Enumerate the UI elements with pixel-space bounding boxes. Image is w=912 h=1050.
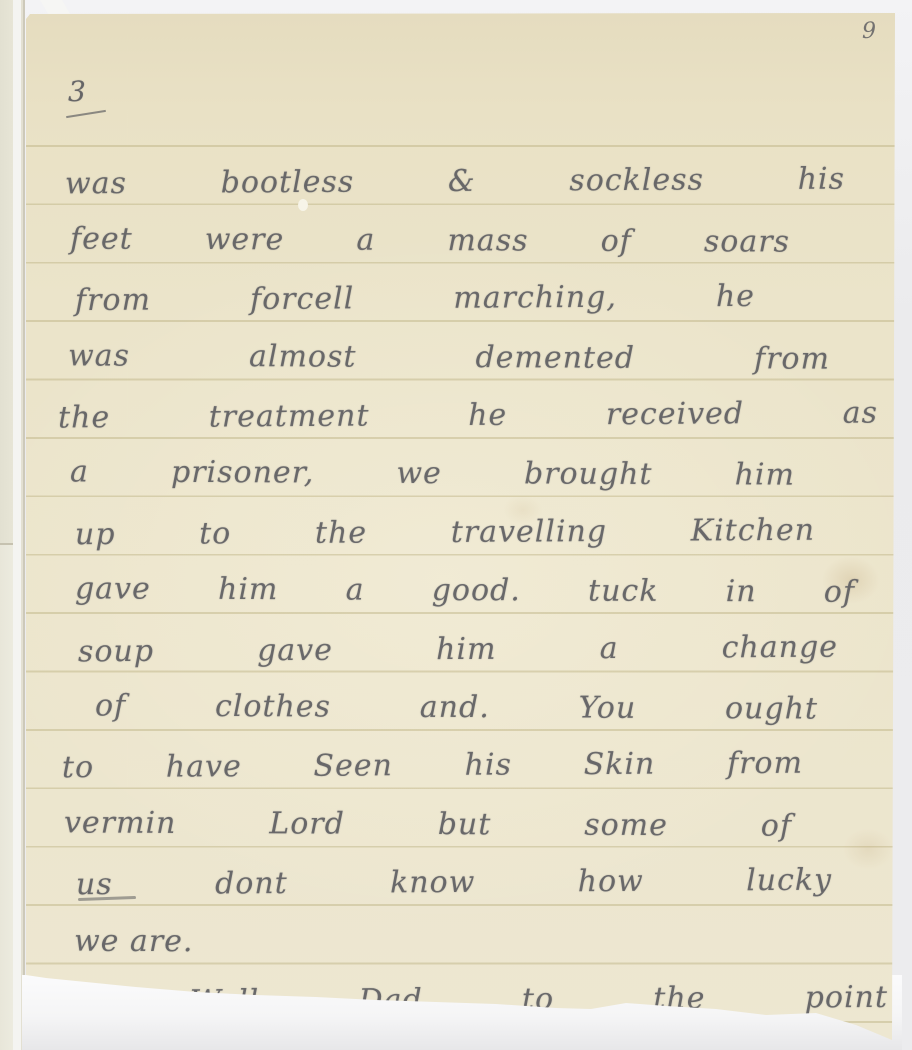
page-edge-seam bbox=[0, 543, 13, 545]
page-marking-number: 3 bbox=[68, 75, 86, 108]
underlying-page-edge-lower bbox=[0, 545, 13, 1050]
handwritten-line-2: feet were a mass of soars bbox=[70, 216, 790, 265]
handwritten-line-14: we are. bbox=[74, 919, 244, 966]
handwritten-line-11: to have Seen his Skin from bbox=[62, 741, 803, 792]
handwritten-line-7: up to the travelling Kitchen bbox=[75, 508, 815, 559]
handwritten-line-4: was almost demented from bbox=[68, 333, 830, 382]
handwritten-line-13: us dont know how lucky bbox=[76, 858, 832, 909]
paper-stain bbox=[842, 828, 894, 870]
handwritten-line-5: the treatment he received as bbox=[58, 390, 878, 441]
page-marking-underline bbox=[66, 110, 106, 118]
underlying-page-edge-upper bbox=[0, 0, 13, 545]
handwritten-line-3: from forcell marching, he bbox=[75, 274, 755, 324]
corner-page-number: 9 bbox=[862, 19, 876, 44]
handwritten-line-10: of clothes and. You ought bbox=[95, 683, 818, 732]
handwritten-line-1: was bootless & sockless his bbox=[65, 157, 845, 208]
handwritten-line-8: gave him a good. tuck in of bbox=[75, 566, 855, 615]
handwritten-line-9: soup gave him a change bbox=[78, 625, 838, 676]
letter-page: 9 3 was bootless & sockless his feet wer… bbox=[26, 13, 897, 1042]
page-edge-highlight bbox=[13, 0, 25, 1050]
scanned-letter-background: 9 3 was bootless & sockless his feet wer… bbox=[0, 0, 912, 1050]
handwritten-line-12: vermin Lord but some of bbox=[64, 800, 792, 849]
handwritten-line-6: a prisoner, we brought him bbox=[70, 449, 795, 498]
